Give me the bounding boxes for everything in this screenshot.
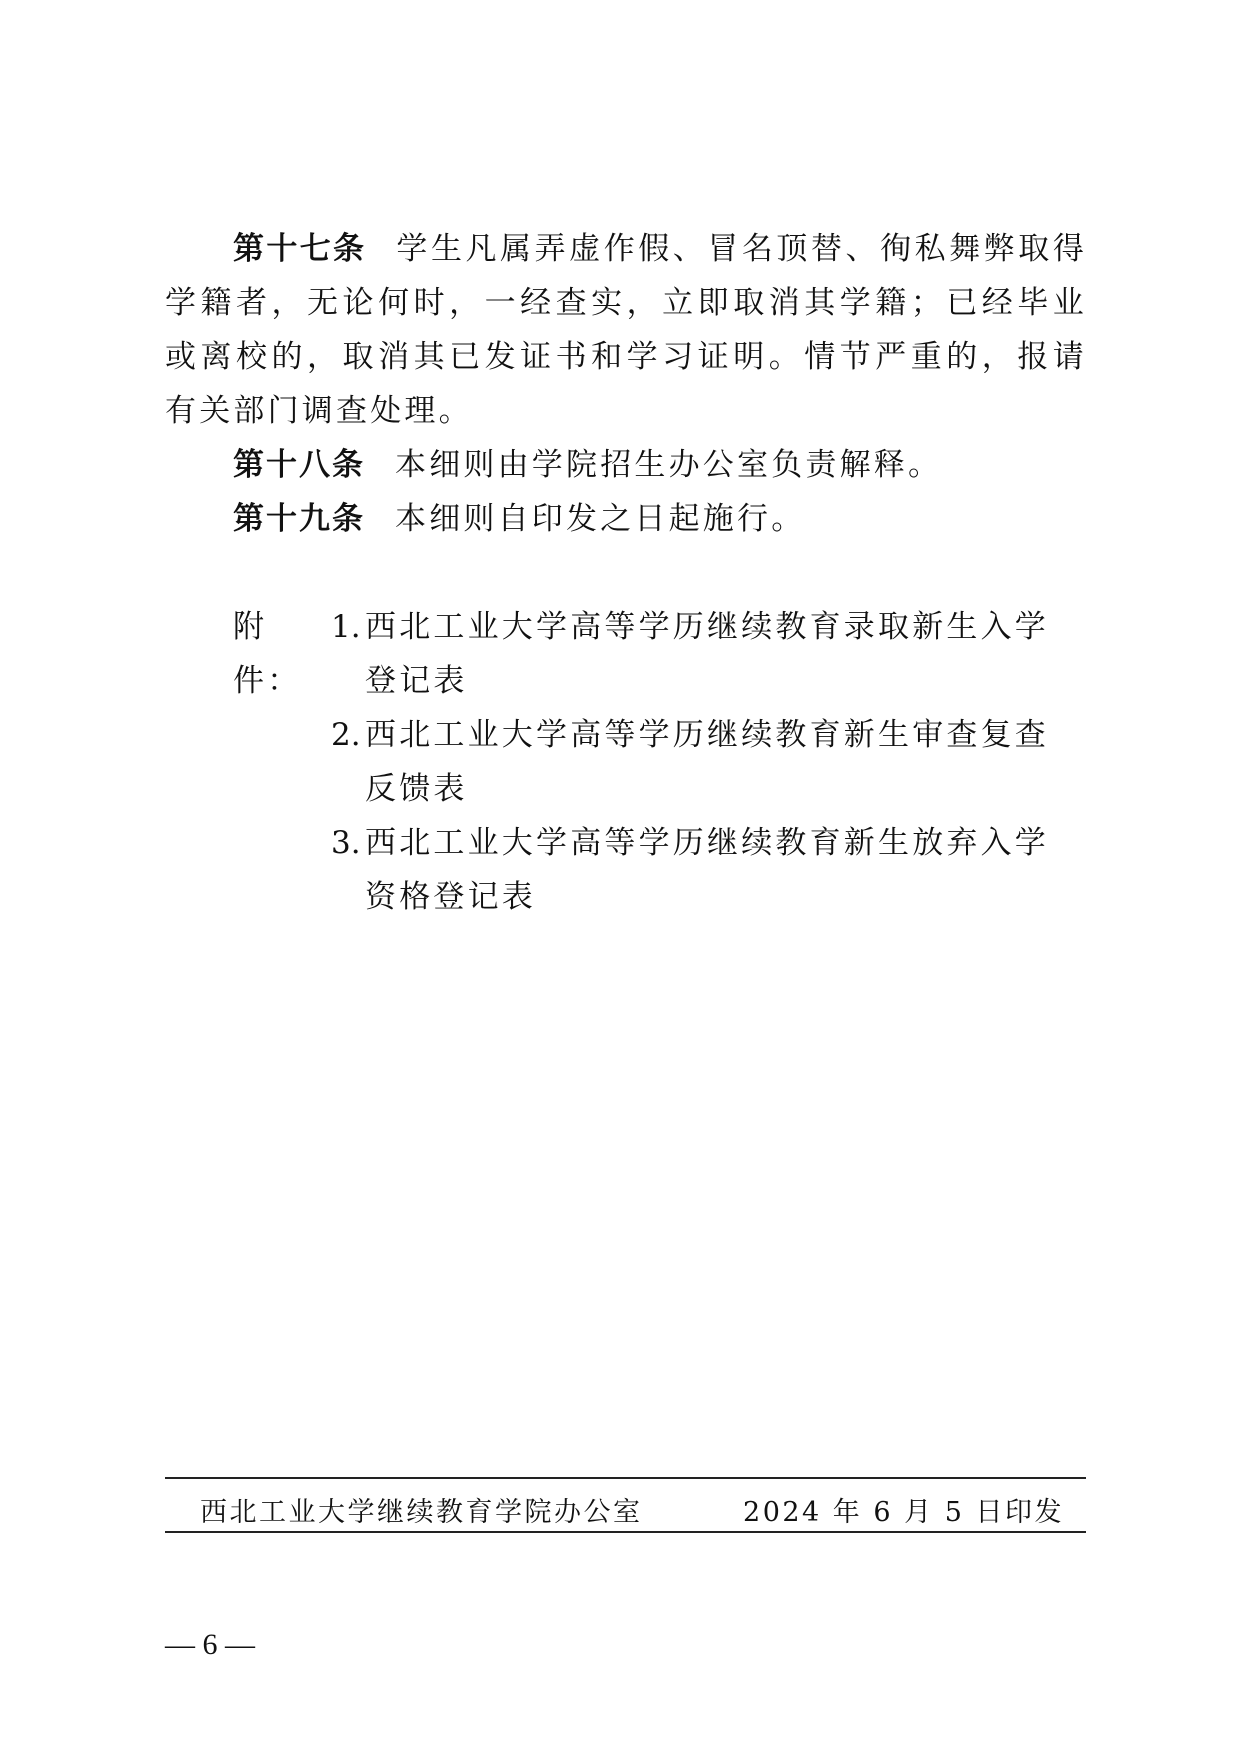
page-number: — 6 — — [165, 1628, 255, 1662]
attachments-label: 附件： — [233, 600, 331, 708]
articles-section: 第十七条学生凡属弄虚作假、冒名顶替、徇私舞弊取得学籍者，无论何时，一经查实，立即… — [165, 222, 1087, 546]
attachment-number: 2. — [331, 708, 365, 816]
document-page: 第十七条学生凡属弄虚作假、冒名顶替、徇私舞弊取得学籍者，无论何时，一经查实，立即… — [0, 0, 1240, 1754]
article-19: 第十九条本细则自印发之日起施行。 — [165, 492, 1087, 546]
attachment-title: 西北工业大学高等学历继续教育录取新生入学登记表 — [365, 600, 1063, 708]
issuer-name: 西北工业大学继续教育学院办公室 — [200, 1490, 643, 1529]
issuance-footer: 西北工业大学继续教育学院办公室 2024 年 6 月 5 日印发 — [165, 1477, 1086, 1533]
article-17: 第十七条学生凡属弄虚作假、冒名顶替、徇私舞弊取得学籍者，无论何时，一经查实，立即… — [165, 222, 1087, 438]
article-heading: 第十八条 — [233, 447, 365, 483]
attachment-item-1: 1. 西北工业大学高等学历继续教育录取新生入学登记表 — [331, 600, 1063, 708]
article-heading: 第十七条 — [233, 231, 366, 267]
attachment-number: 1. — [331, 600, 365, 708]
attachment-row: 3. 西北工业大学高等学历继续教育新生放弃入学资格登记表 — [233, 816, 1063, 924]
attachment-item-3: 3. 西北工业大学高等学历继续教育新生放弃入学资格登记表 — [331, 816, 1063, 924]
attachment-row: 2. 西北工业大学高等学历继续教育新生审查复查反馈表 — [233, 708, 1063, 816]
issue-date: 2024 年 6 月 5 日印发 — [743, 1490, 1064, 1529]
attachment-title: 西北工业大学高等学历继续教育新生审查复查反馈表 — [365, 708, 1063, 816]
attachments-section: 附件： 1. 西北工业大学高等学历继续教育录取新生入学登记表 2. 西北工业大学… — [233, 600, 1063, 924]
attachment-row: 附件： 1. 西北工业大学高等学历继续教育录取新生入学登记表 — [233, 600, 1063, 708]
article-text: 本细则自印发之日起施行。 — [395, 501, 805, 537]
attachment-title: 西北工业大学高等学历继续教育新生放弃入学资格登记表 — [365, 816, 1063, 924]
article-text: 本细则由学院招生办公室负责解释。 — [395, 447, 942, 483]
attachment-number: 3. — [331, 816, 365, 924]
attachment-item-2: 2. 西北工业大学高等学历继续教育新生审查复查反馈表 — [331, 708, 1063, 816]
article-heading: 第十九条 — [233, 501, 365, 537]
article-18: 第十八条本细则由学院招生办公室负责解释。 — [165, 438, 1087, 492]
